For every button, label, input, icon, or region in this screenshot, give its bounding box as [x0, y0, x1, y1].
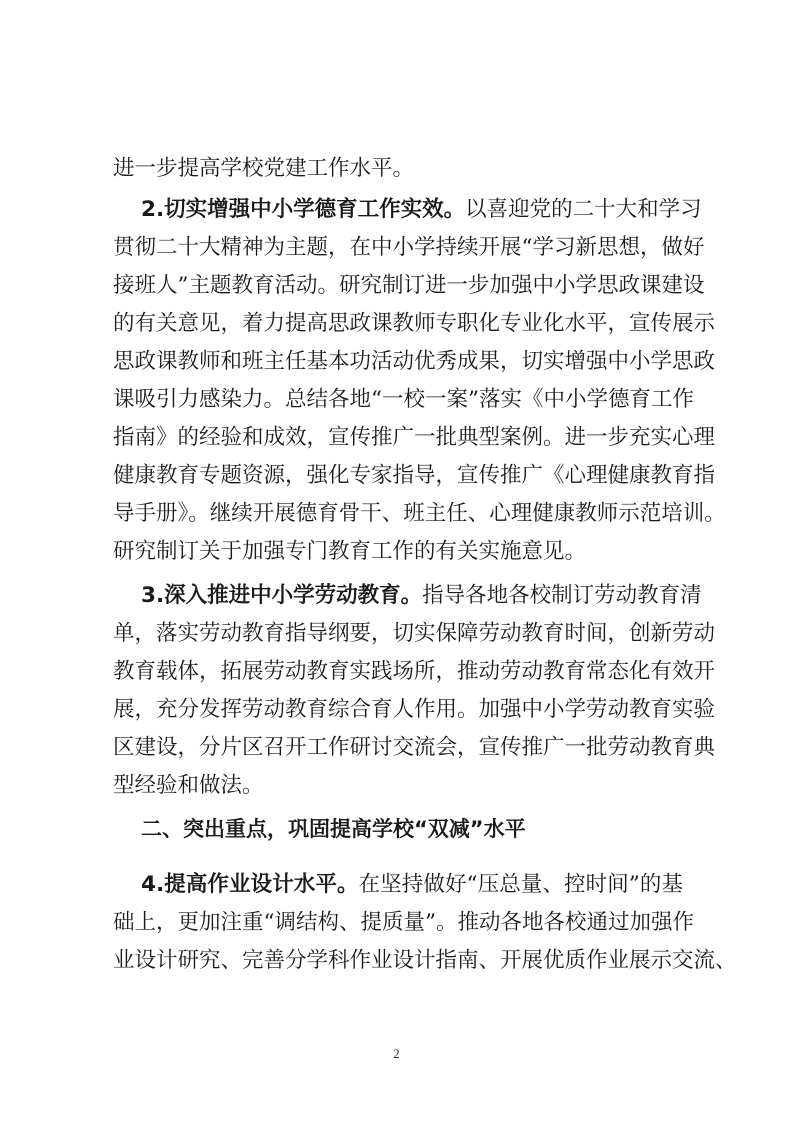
section-2-title-line: 2.切实增强中小学德育工作实效。以喜迎党的二十大和学习: [141, 195, 683, 225]
paragraph-line: 指南》的经验和成效，宣传推广一批典型案例。进一步充实心理: [113, 423, 683, 453]
paragraph-line: 教育载体，拓展劳动教育实践场所，推动劳动教育常态化有效开: [113, 657, 683, 687]
section-4-title-line: 4.提高作业设计水平。在坚持做好“压总量、控时间”的基: [141, 870, 683, 900]
document-page: 进一步提高学校党建工作水平。 2.切实增强中小学德育工作实效。以喜迎党的二十大和…: [0, 0, 793, 1122]
section-4-title: 4.提高作业设计水平。: [141, 872, 359, 897]
paragraph-line: 贯彻二十大精神为主题，在中小学持续开展“学习新思想，做好: [113, 233, 683, 263]
chapter-heading: 二、突出重点，巩固提高学校“双减”水平: [141, 817, 526, 841]
paragraph-line: 课吸引力感染力。总结各地“一校一案”落实《中小学德育工作: [113, 385, 683, 415]
chapter-heading-line: 二、突出重点，巩固提高学校“双减”水平: [141, 814, 683, 844]
section-3-title: 3.深入推进中小学劳动教育。: [141, 583, 422, 608]
paragraph-line: 展，充分发挥劳动教育综合育人作用。加强中小学劳动教育实验: [113, 695, 683, 725]
paragraph-line: 单，落实劳动教育指导纲要，切实保障劳动教育时间，创新劳动: [113, 619, 683, 649]
paragraph-line: 接班人”主题教育活动。研究制订进一步加强中小学思政课建设: [113, 271, 683, 301]
section-3-title-line: 3.深入推进中小学劳动教育。指导各地各校制订劳动教育清: [141, 581, 683, 611]
paragraph-line: 的有关意见，着力提高思政课教师专职化专业化水平，宣传展示: [113, 309, 683, 339]
paragraph-line: 健康教育专题资源，强化专家指导，宣传推广《心理健康教育指: [113, 461, 683, 491]
paragraph-line: 思政课教师和班主任基本功活动优秀成果，切实增强中小学思政: [113, 347, 683, 377]
paragraph-line: 导手册》。继续开展德育骨干、班主任、心理健康教师示范培训。: [113, 499, 683, 529]
paragraph-line: 区建设，分片区召开工作研讨交流会，宣传推广一批劳动教育典: [113, 733, 683, 763]
page-number: 2: [0, 1046, 793, 1062]
paragraph-line: 础上，更加注重“调结构、提质量”。推动各地各校通过加强作: [113, 908, 683, 938]
paragraph-line: 型经验和做法。: [113, 771, 683, 801]
paragraph-line: 业设计研究、完善分学科作业设计指南、开展优质作业展示交流、: [113, 946, 683, 976]
section-2-title: 2.切实增强中小学德育工作实效。: [141, 197, 465, 222]
paragraph-line: 研究制订关于加强专门教育工作的有关实施意见。: [113, 537, 683, 567]
paragraph-line: 进一步提高学校党建工作水平。: [113, 154, 683, 184]
